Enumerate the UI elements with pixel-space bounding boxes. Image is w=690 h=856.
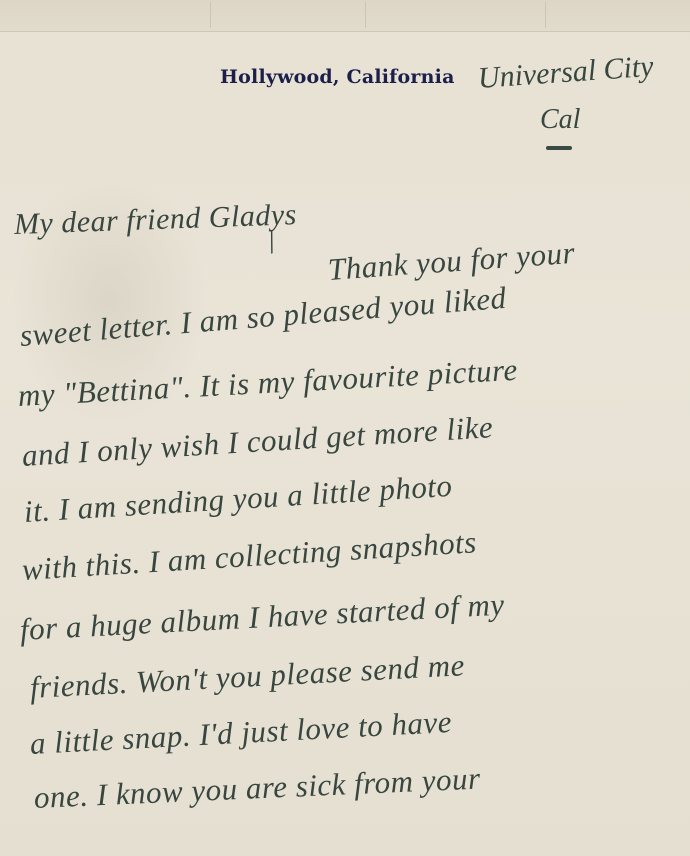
body-line: one. I know you are sick from your <box>33 761 481 816</box>
body-line: friends. Won't you please send me <box>29 647 466 706</box>
body-line: and I only wish I could get more like <box>21 409 494 474</box>
body-line: Thank you for your <box>327 235 576 288</box>
salutation: My dear friend Gladys <box>13 198 297 242</box>
strip-segment <box>365 2 546 28</box>
strip-segment <box>210 2 366 28</box>
letter-page: Hollywood, California Universal City Cal… <box>0 0 690 856</box>
place-line-1: Universal City <box>477 50 655 96</box>
strip-segment <box>545 2 690 28</box>
body-line: sweet letter. I am so pleased you liked <box>19 280 508 354</box>
body-line: it. I am sending you a little photo <box>23 468 453 530</box>
underline-mark <box>546 146 572 150</box>
body-line: with this. I am collecting snapshots <box>21 524 478 588</box>
body-line: for a huge album I have started of my <box>19 587 505 648</box>
body-line: my "Bettina". It is my favourite picture <box>17 352 519 414</box>
top-paper-edge <box>0 0 690 32</box>
letterhead: Hollywood, California <box>220 66 455 88</box>
strip-segment <box>0 2 211 28</box>
place-line-2: Cal <box>540 104 580 136</box>
body-line: a little snap. I'd just love to have <box>29 704 453 762</box>
